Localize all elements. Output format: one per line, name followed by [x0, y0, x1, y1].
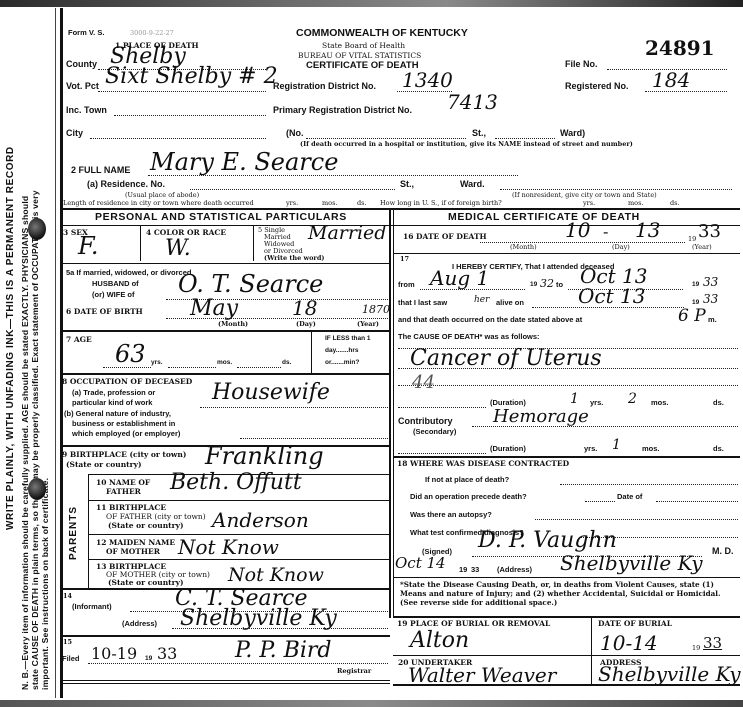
mother-name-1: 12 MAIDEN NAME: [96, 539, 175, 547]
duration-1-yrs-value: 1: [570, 392, 579, 406]
dob-day-caption: (Day): [296, 321, 316, 328]
age-mos-label: mos.: [217, 360, 232, 367]
color-marital-divider: [253, 225, 254, 261]
informant-address-label: (Address): [122, 620, 157, 628]
divider-after-date-death: [393, 253, 740, 254]
date-death-month: 10: [565, 220, 590, 240]
date-death-day-caption: (Day): [612, 244, 630, 251]
birthplace-label-2: (State or country): [66, 461, 142, 469]
spouse-label-3: (or) WIFE of: [92, 291, 135, 299]
signed-address-label: (Address): [497, 566, 532, 574]
not-place-label: If not at place of death?: [425, 476, 509, 484]
punch-hole-bottom: [28, 478, 46, 500]
date-death-year-prefix: 19: [688, 236, 696, 243]
divider-before-burial: [393, 616, 740, 618]
hospital-note: (If death occurred in a hospital or inst…: [300, 141, 633, 148]
usual-abode-note: (Usual place of abode): [125, 192, 199, 199]
punch-hole-top: [28, 218, 46, 240]
vot-pct-value: Sixt Shelby # 2: [105, 66, 278, 88]
father-birthplace-3: (State or country): [108, 522, 184, 530]
margin-note-instructions: important. See instructions on back of c…: [40, 478, 50, 690]
divider-after-mother: [88, 559, 390, 560]
from-year: 32: [540, 278, 554, 289]
cause-line-2: [398, 368, 738, 369]
age-line-2: [168, 367, 216, 368]
death-time-suffix: m.: [708, 316, 717, 324]
contributory-value: Hemorage: [493, 408, 589, 426]
registered-no-label: Registered No.: [565, 82, 629, 91]
dob-year-value: 1870: [362, 304, 390, 315]
parents-vertical-label: PARENTS: [68, 506, 79, 560]
duration-1-line-a: [398, 407, 486, 408]
length-ds: ds.: [357, 200, 367, 207]
autopsy-line: [535, 519, 738, 520]
occupation-a-1: (a) Trade, profession or: [72, 389, 155, 397]
duration-2-yrs-label: yrs.: [584, 445, 597, 453]
file-no-label: File No.: [565, 60, 598, 69]
contracted-label: 18 WHERE WAS DISEASE CONTRACTED: [397, 460, 569, 468]
occupation-a-line: [200, 407, 388, 408]
dob-label: 6 DATE OF BIRTH: [66, 308, 143, 316]
primary-reg-label: Primary Registration District No.: [273, 106, 412, 115]
ward-label: Ward): [560, 129, 585, 138]
dob-month-caption: (Month): [218, 321, 248, 328]
burial-date-label: DATE OF BURIAL: [598, 620, 672, 628]
filed-line: [88, 663, 388, 664]
residence-ward-label: Ward.: [460, 180, 485, 189]
spouse-value: O. T. Searce: [178, 272, 323, 296]
operation-label: Did an operation precede death?: [410, 493, 527, 501]
signed-date: Oct 14: [395, 556, 446, 571]
street-no-line: [306, 138, 466, 139]
divider-before-footnote: [393, 577, 740, 578]
length-yrs: yrs.: [286, 200, 298, 207]
signed-year-prefix: 19: [459, 566, 467, 574]
duration-2-mos-value: 1: [612, 438, 621, 452]
signed-value: D. P. Vaughn: [478, 530, 617, 552]
sex-color-divider: [140, 225, 141, 261]
mother-name-2: OF MOTHER: [106, 548, 160, 556]
age-yrs-label: yrs.: [151, 360, 163, 367]
center-divider: [389, 208, 391, 618]
scan-top-edge: [0, 0, 743, 7]
vot-pct-label: Vot. Pct: [66, 82, 99, 91]
margin-note-nb: N. B.—Every item of information should b…: [20, 196, 30, 690]
medical-section-heading: MEDICAL CERTIFICATE OF DEATH: [448, 212, 640, 223]
divider-after-duration: [393, 456, 740, 458]
alive-on-label: alive on: [496, 299, 524, 307]
from-value: Aug 1: [430, 268, 489, 288]
street-label: St.,: [472, 129, 486, 138]
md-label: M. D.: [712, 547, 734, 556]
informant-num: 14: [63, 593, 72, 600]
to-year: 33: [703, 276, 718, 288]
color-value: W.: [165, 238, 191, 260]
duration-1-yrs-label: yrs.: [590, 399, 603, 407]
from-label: from: [398, 281, 415, 289]
sex-value: F.: [78, 234, 99, 258]
duration-2-mos-label: mos.: [642, 445, 660, 453]
father-name-value: Beth. Offutt: [170, 472, 302, 494]
age-label: 7 AGE: [66, 336, 92, 344]
date-death-year: 33: [698, 223, 721, 241]
occupation-a-2: particular kind of work: [72, 399, 152, 407]
duration-1-ds-label: ds.: [713, 399, 724, 407]
divider-after-sex: [60, 263, 390, 264]
burial-value: Alton: [410, 630, 469, 652]
registered-no-value: 184: [652, 70, 690, 90]
burial-year-prefix: 19: [692, 645, 700, 652]
burial-date-divider: [591, 616, 592, 684]
date-death-year-caption: (Year): [692, 244, 712, 251]
occupation-b-3: which employed (or employer): [72, 430, 180, 438]
parents-divider: [88, 474, 89, 588]
signed-address-value: Shelbyville Ky: [560, 553, 703, 573]
cause-extra: 44: [412, 374, 435, 392]
death-time-text: and that death occurred on the date stat…: [398, 316, 582, 324]
date-of-label: Date of: [617, 493, 642, 501]
undertaker-address-value: Shelbyville Ky: [598, 664, 741, 684]
cause-value: Cancer of Uterus: [410, 348, 602, 370]
primary-reg-value: 7413: [447, 92, 498, 112]
date-death-label: 16 DATE OF DEATH: [403, 233, 487, 241]
not-place-line: [560, 484, 738, 485]
nonresident-note: (If nonresident, give city or town and S…: [512, 192, 657, 199]
less-than-day-2: day.......hrs: [325, 348, 358, 355]
marital-label-5: (Write the word): [264, 255, 324, 262]
birthplace-label-1: 9 BIRTHPLACE (city or town): [62, 451, 186, 459]
us-mos: mos.: [628, 200, 643, 207]
alive-year: 33: [703, 293, 718, 305]
personal-section-heading: PERSONAL AND STATISTICAL PARTICULARS: [95, 212, 347, 223]
registrar-signature: P. P. Bird: [235, 640, 331, 662]
us-ds: ds.: [670, 200, 680, 207]
full-name-value: Mary E. Searce: [150, 150, 338, 174]
divider-after-father: [88, 500, 390, 501]
occupation-b-line: [240, 438, 388, 439]
filed-year-prefix: 19: [145, 656, 152, 663]
signed-year: 33: [471, 566, 479, 574]
to-label: to: [556, 281, 563, 289]
divider-bottom-right: [393, 684, 740, 686]
date-death-dash: -: [603, 224, 608, 240]
residence-label: (a) Residence. No.: [87, 180, 165, 189]
filed-year-value: 33: [157, 646, 177, 662]
city-label: City: [66, 129, 83, 138]
length-residence-label: Length of residence in city or town wher…: [63, 200, 254, 207]
residence-ward-line: [500, 189, 732, 190]
scan-bottom-edge: [0, 700, 743, 707]
informant-address-value: Shelbyville Ky: [180, 608, 337, 630]
burial-year: 33: [703, 636, 722, 651]
operation-line: [585, 501, 615, 502]
residence-line: [190, 189, 395, 190]
item-17-number: 17: [400, 256, 409, 263]
birthplace-value: Frankling: [205, 444, 324, 468]
father-name-label-1: 10 NAME OF: [96, 479, 150, 487]
footnote: *State the Disease Causing Death, or, in…: [400, 580, 738, 607]
alive-on-value: Oct 13: [578, 286, 645, 306]
father-name-label-2: FATHER: [106, 488, 141, 496]
bureau-title: BUREAU OF VITAL STATISTICS: [298, 52, 421, 60]
occupation-b-1: (b) General nature of industry,: [64, 410, 171, 418]
undertaker-value: Walter Weaver: [408, 665, 556, 685]
burial-date-value: 10-14: [600, 633, 658, 653]
occupation-a-value: Housewife: [212, 382, 330, 404]
how-long-us-label: How long in U. S., if of foreign birth?: [380, 200, 502, 207]
center-divider-inner: [393, 208, 394, 618]
inc-town-label: Inc. Town: [66, 106, 107, 115]
form-code: 3000-9-22-27: [130, 30, 174, 37]
reg-district-label: Registration District No.: [273, 82, 376, 91]
commonwealth-title: COMMONWEALTH OF KENTUCKY: [296, 28, 468, 39]
mother-name-value: Not Know: [178, 537, 279, 557]
to-year-prefix: 19: [692, 282, 699, 289]
duration-1-mos-label: mos.: [651, 399, 669, 407]
dob-year-caption: (Year): [357, 321, 379, 328]
from-year-prefix: 19: [530, 282, 537, 289]
divider-burial-undertaker: [393, 655, 740, 656]
form-number: Form V. S.: [68, 29, 104, 37]
spouse-label-1: 5a If married, widowed, or divorced: [66, 269, 191, 277]
date-death-day: 13: [635, 220, 660, 240]
cause-label: The CAUSE OF DEATH* was as follows:: [398, 333, 540, 341]
filed-num: 15: [63, 639, 72, 646]
duration-2-ds-label: ds.: [713, 445, 724, 453]
full-name-label: 2 FULL NAME: [71, 166, 130, 175]
dob-day-value: 18: [292, 298, 317, 318]
autopsy-label: Was there an autopsy?: [410, 511, 492, 519]
secondary-label: (Secondary): [413, 428, 456, 436]
to-value: Oct 13: [580, 266, 647, 286]
filed-label: Filed: [62, 655, 80, 663]
duration-2-label: (Duration): [490, 445, 526, 453]
margin-note-cause: state CAUSE OF DEATH in plain terms, so …: [30, 190, 40, 690]
county-label: County: [66, 60, 97, 69]
contributory-label: Contributory: [398, 417, 453, 426]
age-less-divider: [311, 330, 312, 374]
length-mos: mos.: [322, 200, 337, 207]
burial-label: 19 PLACE OF BURIAL OR REMOVAL: [397, 620, 550, 628]
duration-2-line-a: [398, 453, 486, 454]
registrar-label: Registrar: [337, 668, 371, 675]
father-birthplace-value: Anderson: [212, 510, 309, 530]
age-ds-label: ds.: [282, 360, 291, 367]
cause-line-3: [398, 385, 738, 386]
us-yrs: yrs.: [583, 200, 595, 207]
divider-after-informant: [60, 635, 390, 637]
city-line: [90, 138, 266, 139]
death-time-value: 6 P: [678, 308, 706, 325]
less-than-day-3: or.......min?: [325, 360, 359, 367]
mother-birthplace-value: Not Know: [228, 566, 324, 585]
divider-main-top: [60, 208, 740, 210]
state-board: State Board of Health: [322, 42, 405, 50]
informant-label: (Informant): [72, 603, 112, 611]
date-of-line: [656, 501, 738, 502]
occupation-label: 8 OCCUPATION OF DECEASED: [62, 378, 192, 386]
margin-note-record: WRITE PLAINLY, WITH UNFADING INK—THIS IS…: [5, 146, 16, 530]
divider-bottom: [60, 680, 390, 681]
last-saw-pronoun: her: [474, 296, 489, 305]
last-saw-label: that I last saw: [398, 299, 447, 307]
inc-town-line: [114, 115, 266, 116]
spouse-label-2: HUSBAND of: [92, 280, 139, 288]
date-death-month-caption: (Month): [510, 244, 537, 251]
ward-line: [495, 138, 555, 139]
marital-value: Married: [308, 224, 386, 243]
age-line-1: [103, 367, 151, 368]
dob-month-value: May: [190, 298, 238, 320]
less-than-day-1: IF LESS than 1: [325, 336, 371, 343]
filed-date-value: 10-19: [91, 646, 137, 662]
divider-after-age: [60, 373, 390, 375]
duration-1-mos-value: 2: [628, 392, 637, 406]
father-birthplace-2: OF FATHER (city or town): [106, 513, 206, 521]
occupation-b-2: business or establishment in: [72, 420, 175, 428]
age-years-value: 63: [115, 342, 146, 366]
file-no-value: 24891: [645, 38, 715, 58]
age-line-3: [237, 367, 281, 368]
divider-after-dob: [60, 330, 390, 332]
vot-pct-line: [98, 91, 266, 92]
mother-birthplace-3: (State or country): [108, 579, 184, 587]
street-no-label: (No.: [286, 129, 304, 138]
residence-st-label: St.,: [400, 180, 414, 189]
father-birthplace-1: 11 BIRTHPLACE: [96, 504, 166, 512]
reg-district-value: 1340: [402, 70, 453, 90]
left-frame-inner: [55, 8, 56, 698]
